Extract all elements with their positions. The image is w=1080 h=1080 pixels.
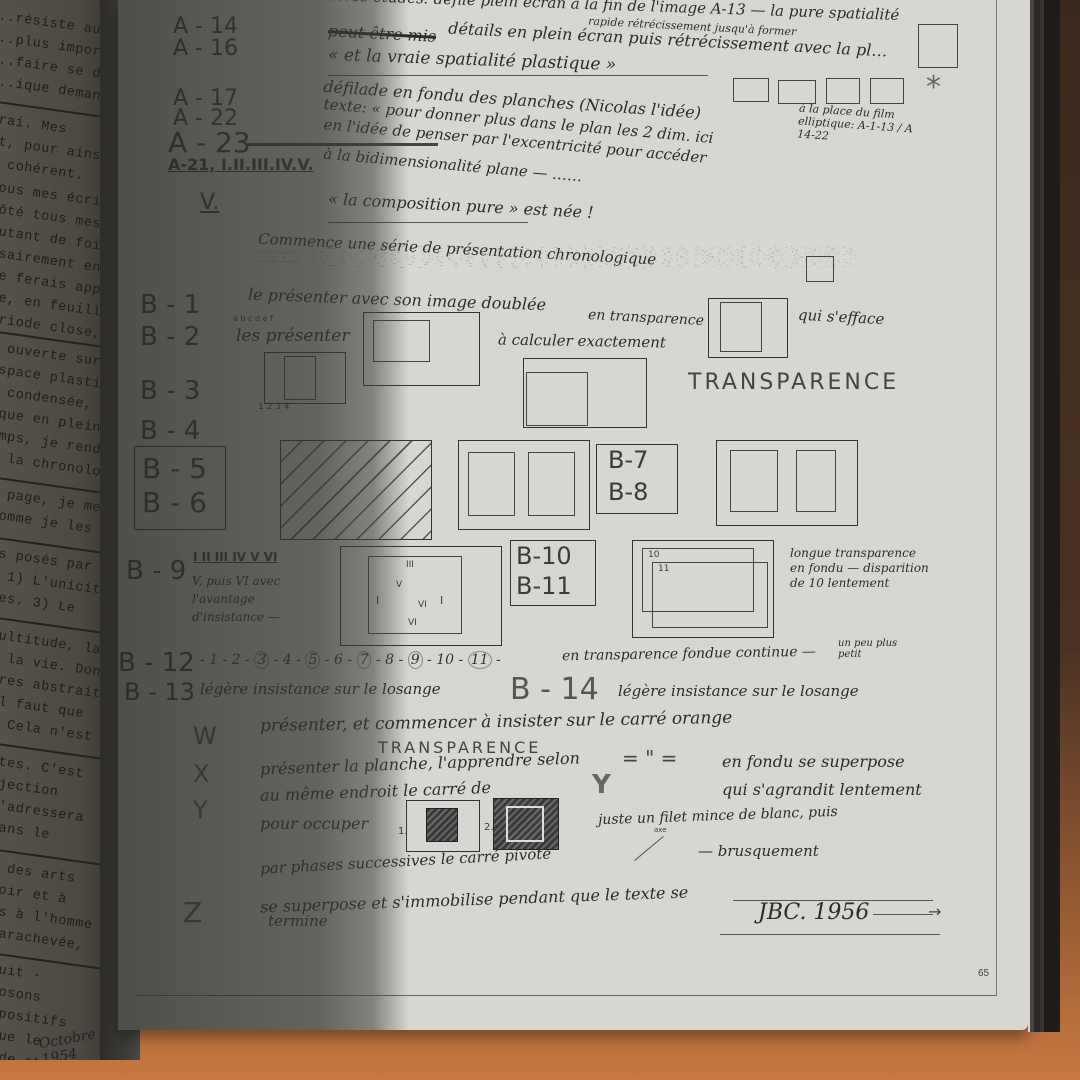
sketch-hatched-panel xyxy=(280,440,432,540)
page-number: 65 xyxy=(978,968,989,979)
sketch-b4-inner xyxy=(526,372,588,426)
left-page-line: duit - xyxy=(0,962,42,984)
line-brusquement: — brusquement xyxy=(698,842,819,860)
label-b6: B - 6 xyxy=(142,486,207,519)
cube-label-bottom: VI xyxy=(408,618,417,628)
sketch-b7-right xyxy=(796,450,836,512)
line-y-right: qui s'agrandit lentement xyxy=(722,780,922,799)
label-b13: B - 13 xyxy=(124,678,195,706)
label-b7: B-7 xyxy=(608,446,648,474)
label-b4: B - 4 xyxy=(140,416,200,446)
line-pour: pour occuper xyxy=(260,814,368,833)
b10-inner-label: 10 xyxy=(648,550,659,560)
signature-bottom-rule xyxy=(720,934,940,935)
sketch-b3-inner xyxy=(284,356,316,400)
sketch-box-4 xyxy=(870,78,904,104)
left-page-line: apositifs xyxy=(0,1006,68,1032)
label-b1: B - 1 xyxy=(140,290,200,320)
sketch-layered-inner xyxy=(373,320,430,362)
small-note-axe: axe xyxy=(654,826,667,834)
label-b10: B-10 xyxy=(516,542,572,570)
underline-composition xyxy=(328,222,528,223)
label-a16: A - 16 xyxy=(173,36,238,61)
label-b11: B-11 xyxy=(516,572,572,600)
b12-sequence-item: 3 xyxy=(254,651,269,669)
transparence-label-1: TRANSPARENCE xyxy=(688,370,899,395)
left-page-line: dans le xyxy=(0,820,51,843)
sketch-box-3 xyxy=(826,78,860,104)
sketch-box-1 xyxy=(733,78,769,102)
sketch-box-2 xyxy=(778,80,816,104)
b12-sequence-item: 11 xyxy=(468,651,492,669)
cube-label-left: I xyxy=(376,594,379,607)
b12-sequence-item: 8 xyxy=(385,652,394,668)
line-b13: légère insistance sur le losange xyxy=(200,680,441,698)
b10-note: longue transparence en fondu — dispariti… xyxy=(790,546,930,591)
label-a-roman: A-21, I.II.III.IV.V. xyxy=(168,155,314,174)
b11-inner-label: 11 xyxy=(658,564,669,574)
line-z2: termine xyxy=(268,912,328,930)
left-page-line: posons xyxy=(0,984,42,1006)
ditto-mark: = " = xyxy=(622,746,677,770)
b12-sequence-item: 5 xyxy=(305,651,320,669)
b9-roman: I II III IV V VI xyxy=(193,550,277,564)
left-page-line: s'adressera xyxy=(0,798,85,826)
arrow-head-icon: → xyxy=(928,902,941,921)
b12-sequence-item: 10 xyxy=(436,652,454,668)
cube-label-center: V xyxy=(396,580,402,590)
line-b2: les présenter xyxy=(236,326,349,346)
cube-label-top: III xyxy=(406,560,414,570)
sketch-box-corner xyxy=(918,24,958,68)
b2-letters: a b c d e f xyxy=(233,314,273,323)
sketch-b5-right xyxy=(528,452,575,516)
left-page-line: ntes. C'est xyxy=(0,754,85,782)
label-b9: B - 9 xyxy=(126,556,186,586)
label-b14: B - 14 xyxy=(510,672,599,707)
sketch-b1-inner xyxy=(720,302,762,352)
label-b8: B-8 xyxy=(608,478,648,506)
label-b2: B - 2 xyxy=(140,322,200,352)
label-b5: B - 5 xyxy=(142,452,207,485)
cube-label-inner: VI xyxy=(418,600,427,610)
signature-arrow xyxy=(873,914,933,915)
label-y: Y xyxy=(193,796,208,824)
line-b2-right: à calculer exactement xyxy=(498,331,666,352)
b12-sequence-item: 6 xyxy=(334,652,343,668)
b12-sequence-item: 4 xyxy=(283,652,292,668)
b12-note-small: un peu plus petit xyxy=(838,638,898,660)
label-z: Z xyxy=(183,896,202,929)
left-page-line: e des arts xyxy=(0,860,76,887)
sketch-square-2-inner xyxy=(506,806,544,842)
label-w: W xyxy=(193,722,217,750)
label-b3: B - 3 xyxy=(140,376,200,406)
b12-sequence-item: 9 xyxy=(408,651,423,669)
cube-label-right: I xyxy=(440,594,443,607)
line-b14: légère insistance sur le losange xyxy=(618,682,859,700)
b12-sequence-item: 7 xyxy=(357,651,372,669)
sketch-b7-left xyxy=(730,450,778,512)
label-a-roman-2: V. xyxy=(200,190,219,215)
left-page-line: ojection xyxy=(0,776,59,800)
left-page-line: vrai. Mes xyxy=(0,112,68,138)
line-x-right: en fondu se superpose xyxy=(722,752,905,771)
left-page-line: voir et à xyxy=(0,882,68,908)
left-page-line: ide et xyxy=(0,1050,42,1060)
book-page-edges xyxy=(1028,0,1060,1032)
left-page-line: ées. 3) Le xyxy=(0,590,76,617)
manuscript-signature: JBC. 1956 xyxy=(758,900,869,925)
b12-sequence: - 1 - 2 - 3 - 4 - 5 - 6 - 7 - 8 - 9 - 10… xyxy=(200,652,501,668)
left-page-line: que le xyxy=(0,1028,42,1050)
sketch-b5-left xyxy=(468,452,515,516)
right-page-manuscript: …vos études: défile plein écran à la fin… xyxy=(118,0,1028,1030)
sketch-square-1 xyxy=(426,808,458,842)
left-page-typewritten: Octobre 1954 ...résiste aux...plus impor… xyxy=(0,0,112,1060)
label-x: X xyxy=(193,760,209,788)
sketch-chair xyxy=(806,256,834,282)
b12-sequence-item: 2 xyxy=(232,652,241,668)
b4-nums: 1 2 3 4 xyxy=(258,402,290,412)
asterisk-mark: * xyxy=(926,70,941,105)
label-b12: B - 12 xyxy=(118,648,195,678)
underline-a16 xyxy=(328,75,708,76)
b9-note: V, puis VI avec l'avantage d'insistance … xyxy=(192,572,302,626)
y-big: Y xyxy=(592,770,611,800)
loop-scribble xyxy=(258,246,858,268)
b12-sequence-item: 1 xyxy=(209,652,218,668)
